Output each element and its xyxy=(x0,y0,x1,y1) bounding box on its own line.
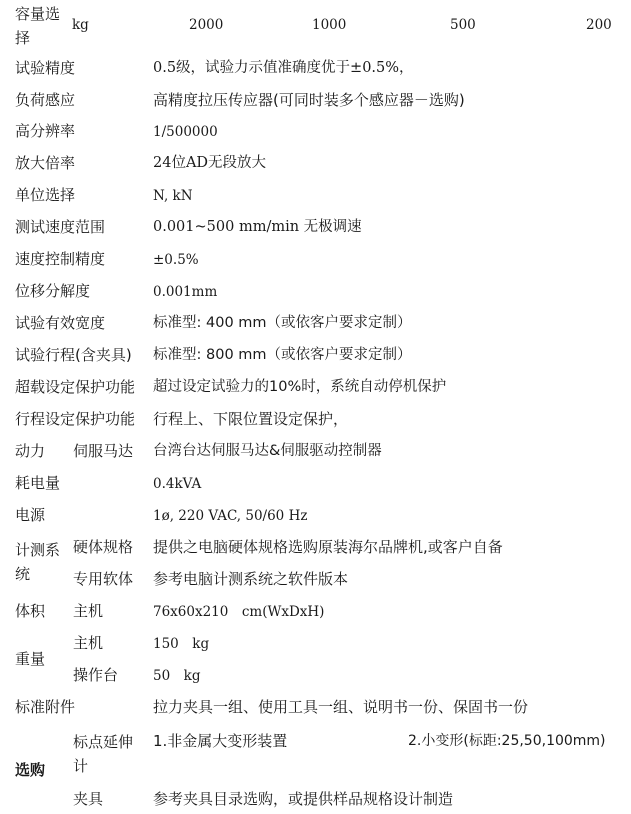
row-value-resolution: 1/500000 xyxy=(153,123,218,141)
extensometer-sublabel-line1: 标点延伸 xyxy=(73,733,133,751)
capacity-option-2000: 2000 xyxy=(189,16,223,34)
weight-main-value: 150 kg xyxy=(153,635,209,653)
supply-value: 1ø, 220 VAC, 50/60 Hz xyxy=(153,507,307,525)
capacity-label-line2: 择 xyxy=(15,29,30,47)
weight-console-value: 50 kg xyxy=(153,667,201,685)
row-value-stroke-protection: 行程上、下限位置设定保护， xyxy=(153,410,348,428)
row-value-displacement-resolution: 0.001mm xyxy=(153,283,217,301)
hardware-sublabel: 硬体规格 xyxy=(73,538,133,556)
accessories-label: 标准附件 xyxy=(15,698,75,716)
row-label-test-stroke: 试验行程(含夹具) xyxy=(15,346,132,364)
optional-label: 选购 xyxy=(15,761,45,779)
row-label-test-accuracy: 试验精度 xyxy=(15,59,75,77)
power-label: 动力 xyxy=(15,442,45,460)
capacity-label-line1: 容量选 xyxy=(15,5,60,23)
accessories-value: 拉力夹具一组、使用工具一组、说明书一份、保固书一份 xyxy=(153,698,528,716)
row-value-overload-protection: 超过设定试验力的10%时，系统自动停机保护 xyxy=(153,378,446,396)
row-label-amplification: 放大倍率 xyxy=(15,154,75,172)
row-label-speed-accuracy: 速度控制精度 xyxy=(15,250,105,268)
volume-sublabel: 主机 xyxy=(73,602,103,620)
extensometer-option-2: 2.小变形(标距:25,50,100mm) xyxy=(408,732,606,750)
row-label-stroke-protection: 行程设定保护功能 xyxy=(15,410,135,428)
row-value-test-accuracy: 0.5级，试验力示值准确度优于±0.5%， xyxy=(153,59,414,77)
capacity-option-200: 200 xyxy=(586,16,612,34)
row-value-amplification: 24位AD无段放大 xyxy=(153,154,266,172)
row-label-unit-selection: 单位选择 xyxy=(15,186,75,204)
capacity-option-1000: 1000 xyxy=(312,16,346,34)
row-label-effective-width: 试验有效宽度 xyxy=(15,314,105,332)
weight-main-sublabel: 主机 xyxy=(73,634,103,652)
row-value-speed-range: 0.001~500 mm/min 无极调速 xyxy=(153,218,362,236)
extensometer-sublabel-line2: 计 xyxy=(73,757,88,775)
row-label-resolution: 高分辨率 xyxy=(15,122,75,140)
capacity-unit: kg xyxy=(72,16,89,34)
extensometer-option-1: 1.非金属大变形装置 xyxy=(153,732,287,750)
volume-label: 体积 xyxy=(15,602,45,620)
weight-console-sublabel: 操作台 xyxy=(73,666,118,684)
fixture-sublabel: 夹具 xyxy=(73,790,103,808)
weight-label: 重量 xyxy=(15,650,45,668)
fixture-value: 参考夹具目录选购，或提供样品规格设计制造 xyxy=(153,790,453,808)
row-label-displacement-resolution: 位移分解度 xyxy=(15,282,90,300)
software-sublabel: 专用软体 xyxy=(73,570,133,588)
consumption-value: 0.4kVA xyxy=(153,475,201,493)
software-value: 参考电脑计测系统之软件版本 xyxy=(153,570,348,588)
measurement-system-label-line2: 统 xyxy=(15,565,30,583)
measurement-system-label-line1: 计测系 xyxy=(15,541,60,559)
row-value-test-stroke: 标准型: 800 mm（或依客户要求定制） xyxy=(153,346,412,364)
row-label-overload-protection: 超载设定保护功能 xyxy=(15,378,135,396)
row-value-effective-width: 标准型: 400 mm（或依客户要求定制） xyxy=(153,314,412,332)
volume-value: 76x60x210 cm(WxDxH) xyxy=(153,603,324,621)
power-value: 台湾台达伺服马达&伺服驱动控制器 xyxy=(153,442,382,460)
hardware-value: 提供之电脑硬体规格选购原装海尔品牌机,或客户自备 xyxy=(153,538,503,556)
power-sublabel: 伺服马达 xyxy=(73,442,133,460)
row-value-load-sensor: 高精度拉压传应器(可同时装多个感应器－选购) xyxy=(153,91,465,109)
supply-label: 电源 xyxy=(15,506,45,524)
row-label-speed-range: 测试速度范围 xyxy=(15,218,105,236)
row-value-unit-selection: N, kN xyxy=(153,187,193,205)
row-value-speed-accuracy: ±0.5% xyxy=(153,251,199,269)
consumption-label: 耗电量 xyxy=(15,474,60,492)
capacity-option-500: 500 xyxy=(450,16,476,34)
row-label-load-sensor: 负荷感应 xyxy=(15,91,75,109)
